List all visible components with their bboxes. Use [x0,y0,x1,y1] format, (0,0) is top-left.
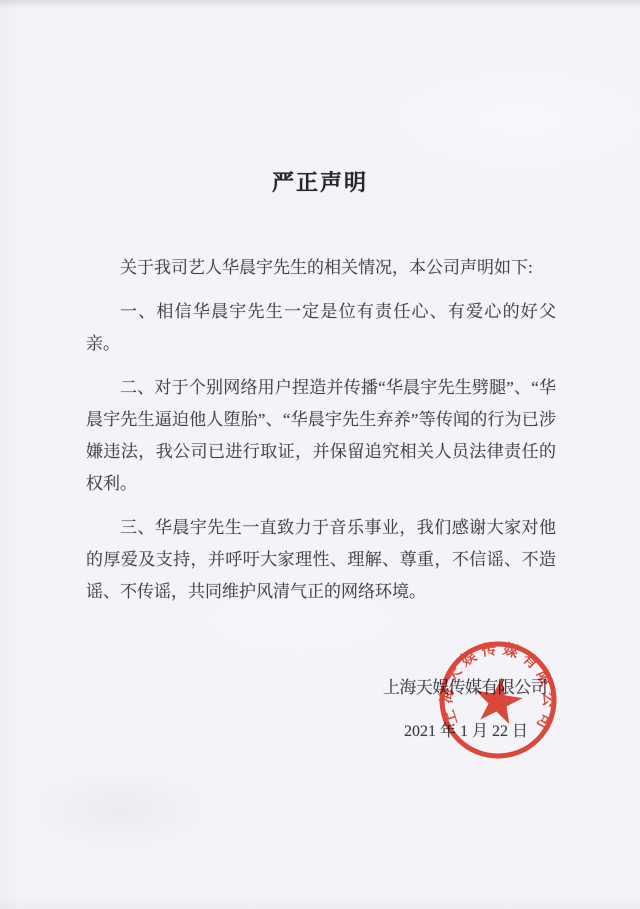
statement-item-3: 三、华晨宇先生一直致力于音乐事业，我们感谢大家对他的厚爱及支持，并呼吁大家理性、… [86,512,556,608]
seal-star-icon [471,674,525,726]
statement-item-1: 一、相信华晨宇先生一定是位有责任心、有爱心的好父亲。 [86,296,556,360]
company-seal-graphic: 上海天娱传媒有限公司 [428,630,568,770]
statement-item-2: 二、对于个别网络用户捏造并传播“华晨宇先生劈腿”、“华晨宇先生逼迫他人堕胎”、“… [86,372,556,500]
company-seal: 上海天娱传媒有限公司 [428,630,568,770]
scanned-document-page: 严正声明 关于我司艺人华晨宇先生的相关情况，本公司声明如下: 一、相信华晨宇先生… [0,0,640,909]
document-body: 关于我司艺人华晨宇先生的相关情况，本公司声明如下: 一、相信华晨宇先生一定是位有… [86,252,556,620]
intro-paragraph: 关于我司艺人华晨宇先生的相关情况，本公司声明如下: [86,252,556,284]
document-title: 严正声明 [0,166,640,197]
